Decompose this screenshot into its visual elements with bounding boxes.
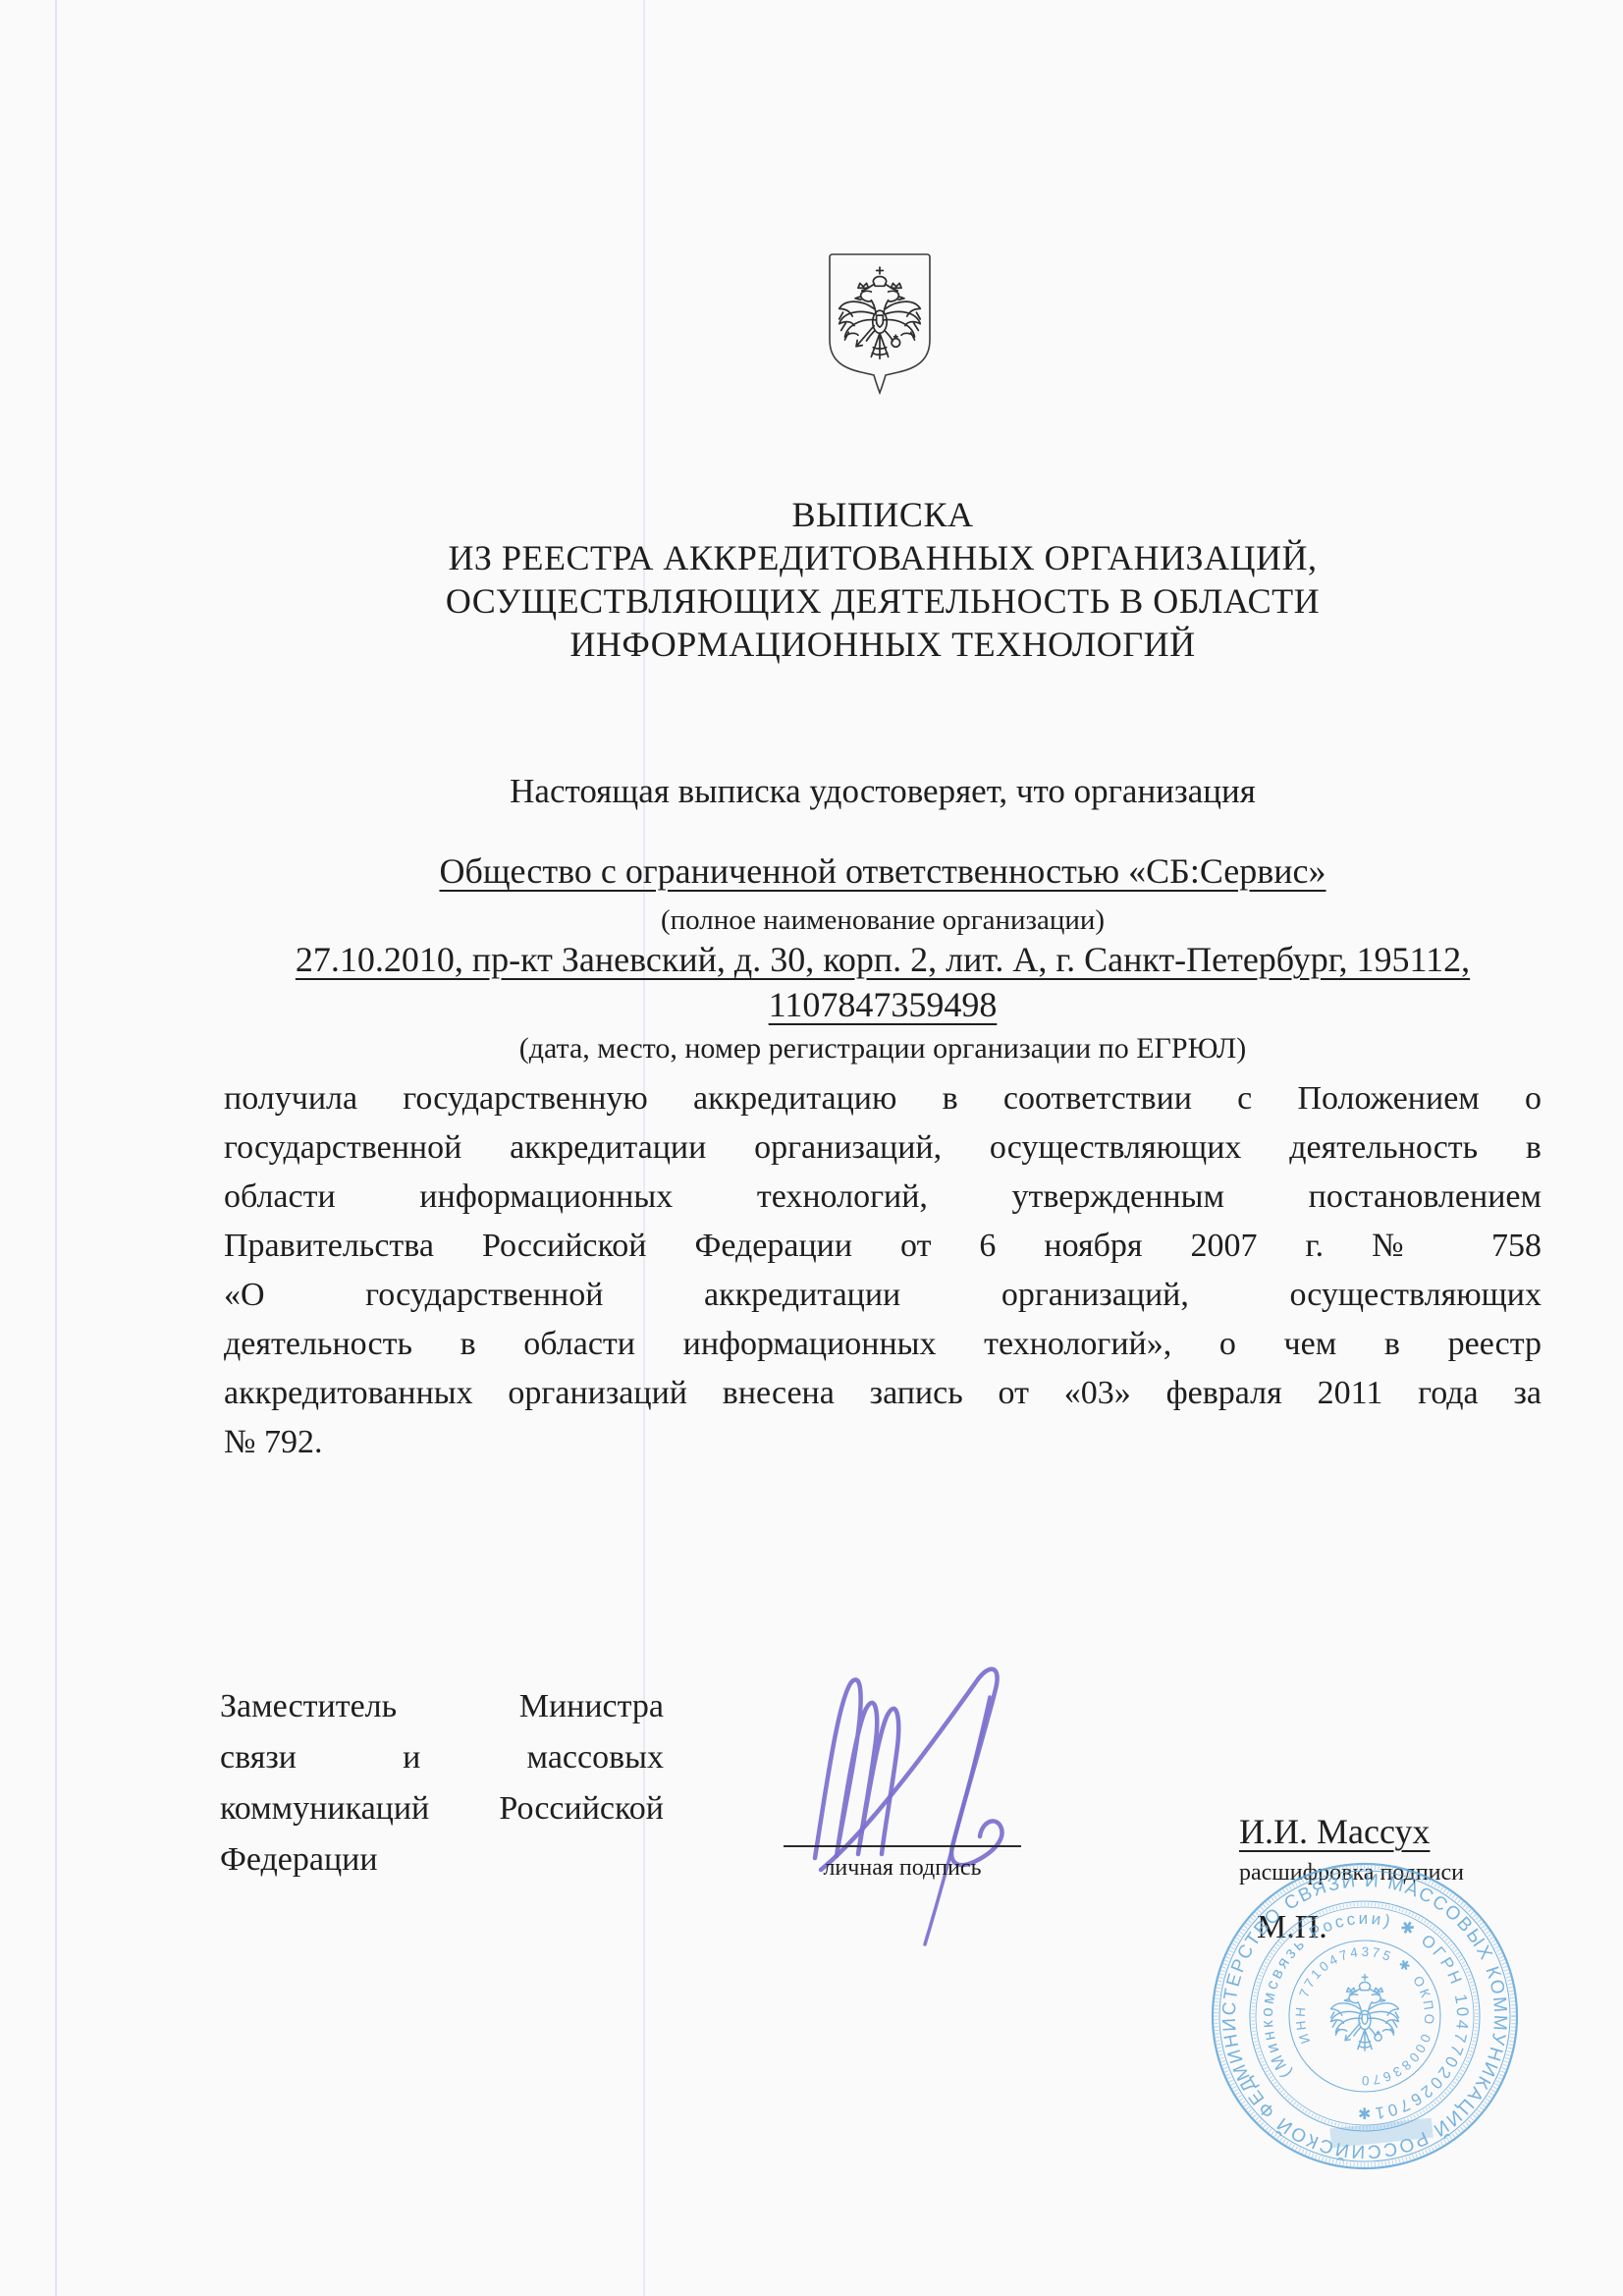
- ministry-round-stamp: МИНИСТЕРСТВО СВЯЗИ И МАССОВЫХ КОММУНИКАЦ…: [1183, 1834, 1546, 2198]
- title-line: ИЗ РЕЕСТРА АККРЕДИТОВАННЫХ ОРГАНИЗАЦИЙ,: [224, 536, 1542, 579]
- signature-rule-line: [784, 1845, 1021, 1847]
- paragraph-line: государственной аккредитации организаций…: [224, 1123, 1542, 1173]
- paragraph-line: Правительства Российской Федерации от 6 …: [224, 1222, 1542, 1271]
- paragraph-line: аккредитованных организаций внесена запи…: [224, 1369, 1542, 1418]
- position-line: Федерации: [220, 1834, 664, 1886]
- paragraph-line: области информационных технологий, утвер…: [224, 1173, 1542, 1222]
- paragraph-line: «О государственной аккредитации организа…: [224, 1271, 1542, 1320]
- registration-line-1: 27.10.2010, пр-кт Заневский, д. 30, корп…: [224, 939, 1542, 980]
- signature-caption: личная подпись: [784, 1855, 1021, 1882]
- paragraph-line: получила государственную аккредитацию в …: [224, 1074, 1542, 1123]
- stamp-eagle-icon: [1331, 1975, 1399, 2051]
- double-headed-eagle-icon: [839, 267, 921, 358]
- registration-line-2: 1107847359498: [224, 984, 1542, 1025]
- title-line: ИНФОРМАЦИОННЫХ ТЕХНОЛОГИЙ: [224, 623, 1542, 666]
- position-line: коммуникаций Российской: [220, 1783, 664, 1834]
- accreditation-paragraph: получила государственную аккредитацию в …: [224, 1074, 1542, 1467]
- stamp-star-icon: ✱: [1358, 2106, 1371, 2123]
- organization-name-caption: (полное наименование организации): [224, 904, 1542, 937]
- position-line: связи и массовых: [220, 1732, 664, 1783]
- organization-name: Общество с ограниченной ответственностью…: [224, 850, 1542, 892]
- scanned-document-page: ВЫПИСКА ИЗ РЕЕСТРА АККРЕДИТОВАННЫХ ОРГАН…: [0, 0, 1623, 2296]
- title-line: ОСУЩЕСТВЛЯЮЩИХ ДЕЯТЕЛЬНОСТЬ В ОБЛАСТИ: [224, 579, 1542, 623]
- registration-caption: (дата, место, номер регистрации организа…: [224, 1032, 1542, 1066]
- paragraph-line: № 792.: [224, 1418, 1542, 1467]
- document-title: ВЫПИСКА ИЗ РЕЕСТРА АККРЕДИТОВАННЫХ ОРГАН…: [224, 493, 1542, 666]
- signatory-position: Заместитель Министра связи и массовых ко…: [220, 1681, 664, 1886]
- handwritten-signature: [756, 1650, 1129, 1964]
- paragraph-line: деятельность в области информационных те…: [224, 1320, 1542, 1369]
- title-line: ВЫПИСКА: [224, 493, 1542, 536]
- intro-statement: Настоящая выписка удостоверяет, что орга…: [224, 772, 1542, 811]
- scan-edge-line: [55, 0, 57, 2296]
- position-line: Заместитель Министра: [220, 1681, 664, 1732]
- russia-coat-of-arms: [821, 249, 939, 399]
